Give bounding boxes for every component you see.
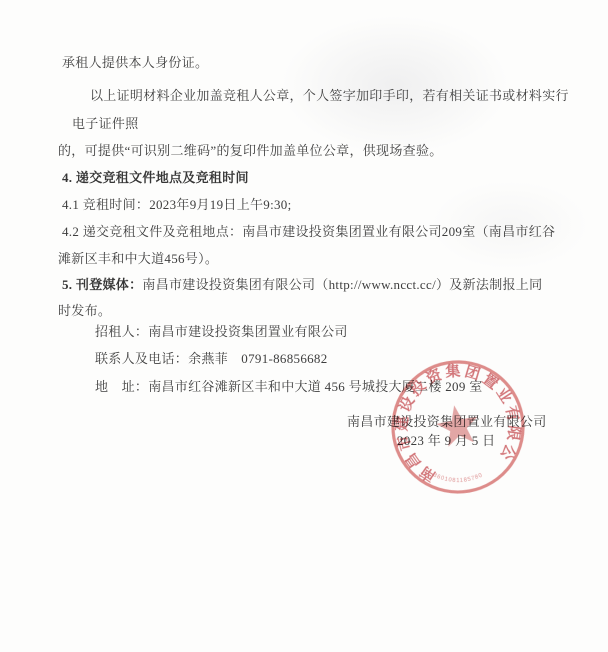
section4-heading: 4. 递交竞租文件地点及竞租时间 xyxy=(62,170,249,186)
body-line-qr-note: 的，可提供“可识别二维码”的复印件加盖单位公章，供现场查验。 xyxy=(58,143,443,159)
section5-line1: 5. 刊登媒体：南昌市建设投资集团有限公司（http://www.ncct.cc… xyxy=(62,277,542,293)
contact-lessor-line: 招租人：南昌市建设投资集团置业有限公司 xyxy=(95,324,348,340)
body-line-ecert: 电子证件照 xyxy=(72,116,139,132)
section4-item-4-1: 4.1 竞租时间：2023年9月19日上午9:30; xyxy=(62,197,292,213)
contact-phone-line: 联系人及电话：余燕菲 0791-86856682 xyxy=(95,351,328,367)
section5-body: 南昌市建设投资集团有限公司（http://www.ncct.cc/）及新法制报上… xyxy=(142,277,542,292)
svg-text:3601081185780: 3601081185780 xyxy=(431,464,484,489)
seal-star-icon xyxy=(434,402,482,448)
body-line-id-note: 承租人提供本人身份证。 xyxy=(62,55,208,71)
scan-shadow-artifact xyxy=(280,15,510,155)
section5-label: 5. 刊登媒体： xyxy=(62,277,142,292)
body-line-stamp-note: 以上证明材料企业加盖竞租人公章，个人签字加印手印，若有相关证书或材料实行 xyxy=(90,88,569,104)
scanned-document-page: 承租人提供本人身份证。 以上证明材料企业加盖竞租人公章，个人签字加印手印，若有相… xyxy=(0,0,608,652)
seal-serial-number: 3601081185780 xyxy=(431,464,484,489)
section4-item-4-2-line1: 4.2 递交竞租文件及竞租地点：南昌市建设投资集团置业有限公司209室（南昌市红… xyxy=(62,224,555,240)
section5-line2: 时发布。 xyxy=(58,303,111,319)
section4-item-4-2-line2: 滩新区丰和中大道456号）。 xyxy=(58,251,218,267)
official-seal: 南昌市建设投资集团置业有限公司 3601081185780 xyxy=(371,340,545,514)
